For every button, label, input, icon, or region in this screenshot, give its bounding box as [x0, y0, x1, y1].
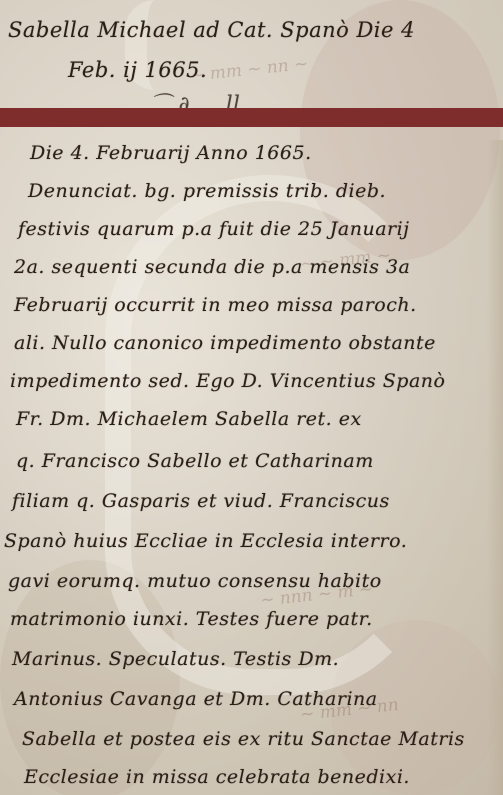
body-line: q. Francisco Sabello et Catharinam [16, 450, 374, 472]
bleed-through-text: ~ mm ~ nn ~ [189, 54, 309, 86]
body-line: filiam q. Gasparis et viud. Franciscus [12, 490, 390, 512]
header-line-2: Feb. ij 1665. [68, 58, 207, 82]
paper-stain [0, 560, 180, 795]
body-line: impedimento sed. Ego D. Vincentius Spanò [10, 370, 445, 392]
body-line: Denunciat. bg. premissis trib. dieb. [28, 180, 386, 202]
header-divider-band [0, 108, 503, 127]
body-line: Fr. Dm. Michaelem Sabella ret. ex [16, 408, 362, 430]
body-line: 2a. sequenti secunda die p.a mensis 3a [14, 256, 410, 278]
body-line: Antonius Cavanga et Dm. Catharina [14, 688, 378, 710]
body-line: Februarij occurrit in meo missa paroch. [14, 294, 417, 316]
page-edge-shadow [487, 140, 503, 795]
manuscript-page: ~ mm ~ nn ~ ~ ~ mm ~ ~ nnn ~ m ~ ~ mm ~ … [0, 0, 503, 795]
body-line: Sabella et postea eis ex ritu Sanctae Ma… [22, 728, 465, 750]
body-line: Ecclesiae in missa celebrata benedixi. [24, 766, 410, 788]
body-line: gavi eorumq. mutuo consensu habito [8, 570, 382, 592]
body-line: festivis quarum p.a fuit die 25 Januarij [18, 218, 410, 240]
body-line: Die 4. Februarij Anno 1665. [30, 142, 312, 164]
header-line-1: Sabella Michael ad Cat. Spanò Die 4 [8, 18, 415, 42]
body-line: ali. Nullo canonico impedimento obstante [14, 332, 436, 354]
body-line: Spanò huius Eccliae in Ecclesia interro. [4, 530, 407, 552]
body-line: Marinus. Speculatus. Testis Dm. [12, 648, 339, 670]
body-line: matrimonio iunxi. Testes fuere patr. [10, 608, 373, 630]
